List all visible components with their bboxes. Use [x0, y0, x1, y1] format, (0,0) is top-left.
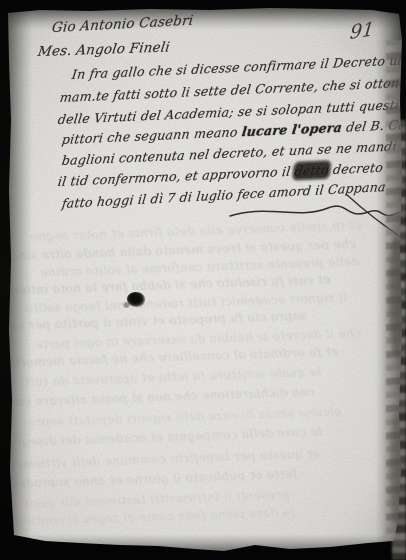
handwriting-segment: decreto [328, 160, 384, 177]
signature-flourish [228, 190, 406, 240]
folio-number: 91 [349, 18, 375, 44]
header-line: Gio Antonio Casebri [51, 13, 194, 37]
ink-blot-smudge [123, 302, 130, 308]
bleed-through-line: fatto et publicato il giorno et anno sop… [0, 467, 297, 491]
header-line: Mes. Angolo Fineli [37, 39, 171, 60]
handwriting-segment: pittori che seguann meano [61, 124, 243, 147]
manuscript-page: et in simile conserva alla deta firma et… [0, 0, 406, 560]
manuscript-scan: et in simile conserva alla deta firma et… [0, 0, 406, 560]
bleed-through-line: con dichiaratione che non si possa alter… [2, 385, 315, 410]
handwriting-segment-heavy-ink: lucare l'opera [241, 120, 343, 139]
page-shadow-bottom [0, 534, 406, 560]
handwriting-segment-crossed-out: detto [294, 162, 330, 179]
